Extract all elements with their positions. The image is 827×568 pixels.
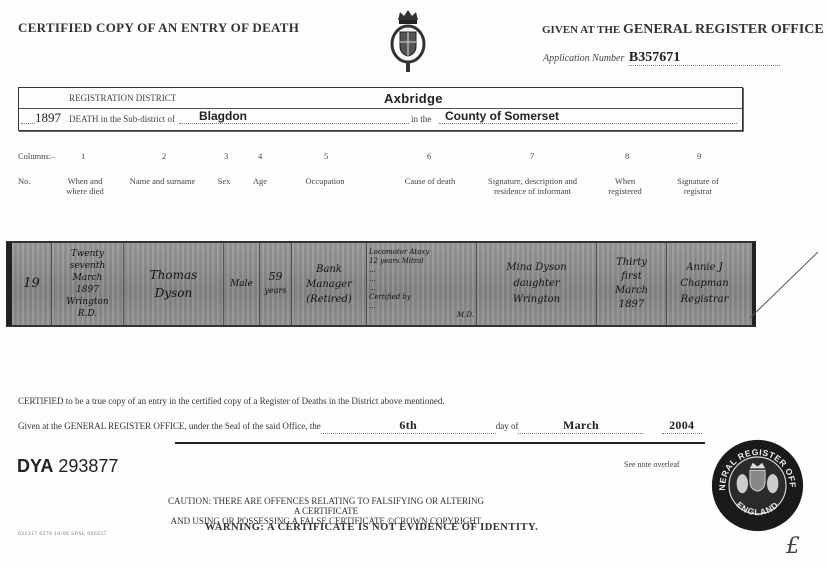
certified-month: March (518, 418, 643, 434)
caution-line: CAUTION: THERE ARE OFFENCES RELATING TO … (166, 496, 486, 516)
column-number: 9 (697, 151, 701, 161)
entry-line: Annie J (669, 260, 740, 276)
given-under-seal-line: Given at the GENERAL REGISTER OFFICE, un… (18, 418, 708, 434)
entry-line: years (262, 284, 289, 298)
death-year: 1897 (35, 110, 61, 126)
entry-when-where: Twenty seventh March 1897 Wrington R.D. (52, 243, 124, 325)
column-number: 4 (258, 151, 262, 161)
entry-line: R.D. (54, 308, 121, 320)
column-number: 6 (427, 151, 431, 161)
column-number: 3 (224, 151, 228, 161)
certified-year: 2004 (662, 418, 702, 434)
header-line: registrar (672, 186, 724, 196)
entry-when-registered: Thirty first March 1897 (597, 243, 667, 325)
entry-line: ... (369, 275, 474, 284)
header-line: Signature of (672, 176, 724, 186)
entry-line: ... (369, 302, 474, 311)
entry-no: 19 (12, 243, 52, 325)
column-number: 5 (324, 151, 328, 161)
day-of-label: day of (496, 421, 519, 431)
entry-line: Certified by (369, 293, 474, 302)
column-number: 1 (81, 151, 85, 161)
dotted-leader (21, 111, 35, 124)
entry-line: M.D. (369, 311, 474, 320)
entry-line: seventh (54, 260, 121, 272)
certified-day: 6th (321, 418, 496, 434)
issuing-office: GIVEN AT THE GENERAL REGISTER OFFICE (542, 22, 824, 38)
identity-warning: WARNING: A CERTIFICATE IS NOT EVIDENCE O… (205, 522, 538, 533)
certificate-title: CERTIFIED COPY OF AN ENTRY OF DEATH (18, 20, 299, 36)
entry-line: 59 (262, 270, 289, 284)
header-registrar: Signature of registrar (672, 176, 724, 196)
certification-statement: CERTIFIED to be a true copy of an entry … (18, 396, 445, 406)
serial-number: 293877 (58, 456, 118, 476)
header-when-where: When and where died (50, 176, 120, 196)
see-note-overleaf: See note overleaf (624, 460, 680, 469)
general-register-office-seal-icon: GENERAL REGISTER OFFICE ENGLAND (710, 438, 805, 533)
entry-age: 59 years (260, 243, 292, 325)
entry-no-value: 19 (14, 278, 49, 290)
subdistrict-row: 1897 DEATH in the Sub-district of Blagdo… (19, 109, 742, 130)
office-name: GENERAL REGISTER OFFICE (623, 22, 824, 37)
entry-line: 12 years Mitral (369, 257, 474, 266)
entry-line: Registrar (669, 292, 740, 308)
district-value: Axbridge (384, 91, 443, 106)
header-cause: Cause of death (395, 176, 465, 186)
entry-line: Dyson (126, 284, 221, 302)
header-line: where died (50, 186, 120, 196)
entry-line: Wrington (54, 296, 121, 308)
royal-crest-icon (388, 6, 428, 74)
column-number: 8 (625, 151, 629, 161)
header-line: When (600, 176, 650, 186)
entry-line: March (599, 284, 664, 298)
subdistrict-value: Blagdon (199, 109, 247, 123)
entry-sex: Male (224, 243, 260, 325)
entry-line: ... (369, 266, 474, 275)
header-name: Name and surname (120, 176, 205, 186)
header-sex: Sex (212, 176, 236, 186)
entry-line: Wrington (479, 292, 594, 308)
entry-line: (Retired) (294, 292, 364, 307)
entry-line: Thomas (126, 266, 221, 284)
entry-line: 1897 (599, 298, 664, 312)
entry-name: Thomas Dyson (124, 243, 224, 325)
entry-line: Thirty (599, 256, 664, 270)
given-text: Given at the GENERAL REGISTER OFFICE, un… (18, 421, 321, 431)
given-prefix: GIVEN AT THE (542, 24, 620, 36)
entry-line: Twenty (54, 248, 121, 260)
application-label: Application Number (543, 53, 624, 64)
entry-informant: Mina Dyson daughter Wrington (477, 243, 597, 325)
entry-line: Chapman (669, 276, 740, 292)
death-entry-row: 19 Twenty seventh March 1897 Wrington R.… (6, 241, 756, 327)
column-number: 2 (162, 151, 166, 161)
certificate-serial: DYA 293877 (17, 456, 118, 477)
registration-district-box: REGISTRATION DISTRICT Axbridge 1897 DEAT… (18, 87, 743, 131)
cancel-slash-line (748, 250, 820, 320)
header-line: Signature, description and (480, 176, 585, 186)
entry-line: first (599, 270, 664, 284)
entry-registrar: Annie J Chapman Registrar (667, 243, 742, 325)
subdistrict-field: Blagdon (179, 109, 409, 124)
county-value: County of Somerset (445, 109, 559, 123)
handwritten-mark: £ (786, 534, 800, 559)
header-informant: Signature, description and residence of … (480, 176, 585, 196)
entry-line: Mina Dyson (479, 260, 594, 276)
header-occupation: Occupation (295, 176, 355, 186)
header-line: When and (50, 176, 120, 186)
header-line: residence of informant (480, 186, 585, 196)
divider-rule (175, 442, 705, 444)
district-label: REGISTRATION DISTRICT (69, 93, 176, 103)
print-code: 022317 6276 10/08 SPSL 006237 (18, 531, 107, 537)
entry-line: Bank (294, 262, 364, 277)
header-when-registered: When registered (600, 176, 650, 196)
entry-line: Locomotor Ataxy (369, 248, 474, 257)
registration-district-row: REGISTRATION DISTRICT Axbridge (19, 88, 742, 109)
serial-prefix: DYA (17, 456, 53, 476)
entry-line: daughter (479, 276, 594, 292)
entry-line: Manager (294, 277, 364, 292)
entry-line: ... (369, 284, 474, 293)
application-number: B357671 (629, 50, 780, 66)
county-label: in the (411, 114, 431, 124)
entry-cause: Locomotor Ataxy 12 years Mitral ... ... … (367, 243, 477, 325)
application-number-field: Application Number B357671 (543, 50, 780, 66)
columns-label: Columns:– (18, 151, 55, 161)
subdistrict-label: DEATH in the Sub-district of (69, 114, 175, 124)
county-field: County of Somerset (439, 109, 737, 124)
header-line: registered (600, 186, 650, 196)
entry-line: Male (226, 278, 257, 290)
header-age: Age (248, 176, 272, 186)
column-number: 7 (530, 151, 534, 161)
header-no: No. (18, 176, 31, 186)
entry-line: March (54, 272, 121, 284)
entry-line: 1897 (54, 284, 121, 296)
entry-occupation: Bank Manager (Retired) (292, 243, 367, 325)
